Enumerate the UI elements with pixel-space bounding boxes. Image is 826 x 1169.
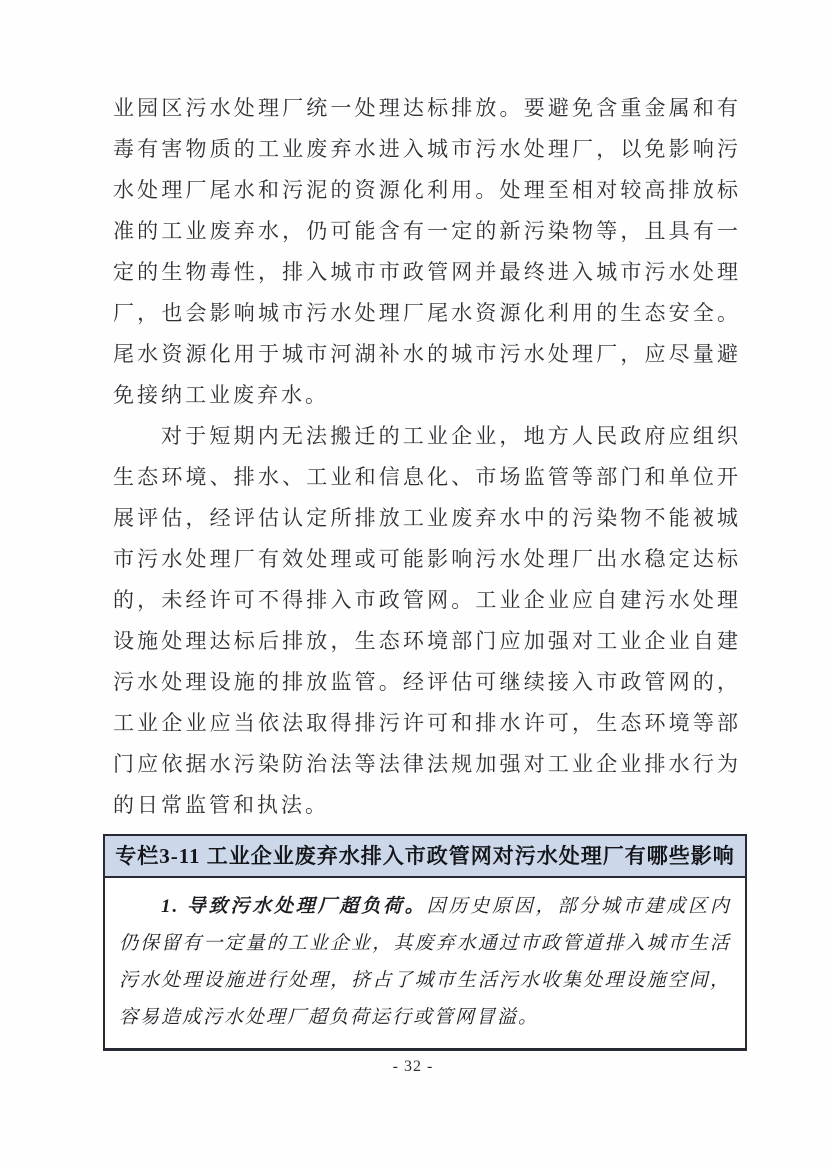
paragraph-continued: 业园区污水处理厂统一处理达标排放。要避免含重金属和有毒有害物质的工业废弃水进入城…: [113, 88, 741, 416]
paragraph: 对于短期内无法搬迁的工业企业，地方人民政府应组织生态环境、排水、工业和信息化、市…: [113, 416, 741, 826]
text-column: 业园区污水处理厂统一处理达标排放。要避免含重金属和有毒有害物质的工业废弃水进入城…: [113, 0, 741, 1051]
callout-item-lead: 1. 导致污水处理厂超负荷。: [161, 896, 427, 917]
callout-item: 1. 导致污水处理厂超负荷。因历史原因，部分城市建成区内仍保留有一定量的工业企业…: [119, 888, 731, 1036]
page-number: - 32 -: [0, 1058, 826, 1076]
callout-box: 专栏3-11 工业企业废弃水排入市政管网对污水处理厂有哪些影响 1. 导致污水处…: [103, 834, 747, 1051]
callout-box-header: 专栏3-11 工业企业废弃水排入市政管网对污水处理厂有哪些影响: [105, 836, 745, 878]
document-page: 业园区污水处理厂统一处理达标排放。要避免含重金属和有毒有害物质的工业废弃水进入城…: [0, 0, 826, 1169]
callout-box-title: 专栏3-11 工业企业废弃水排入市政管网对污水处理厂有哪些影响: [115, 844, 735, 868]
callout-box-body: 1. 导致污水处理厂超负荷。因历史原因，部分城市建成区内仍保留有一定量的工业企业…: [105, 878, 745, 1048]
